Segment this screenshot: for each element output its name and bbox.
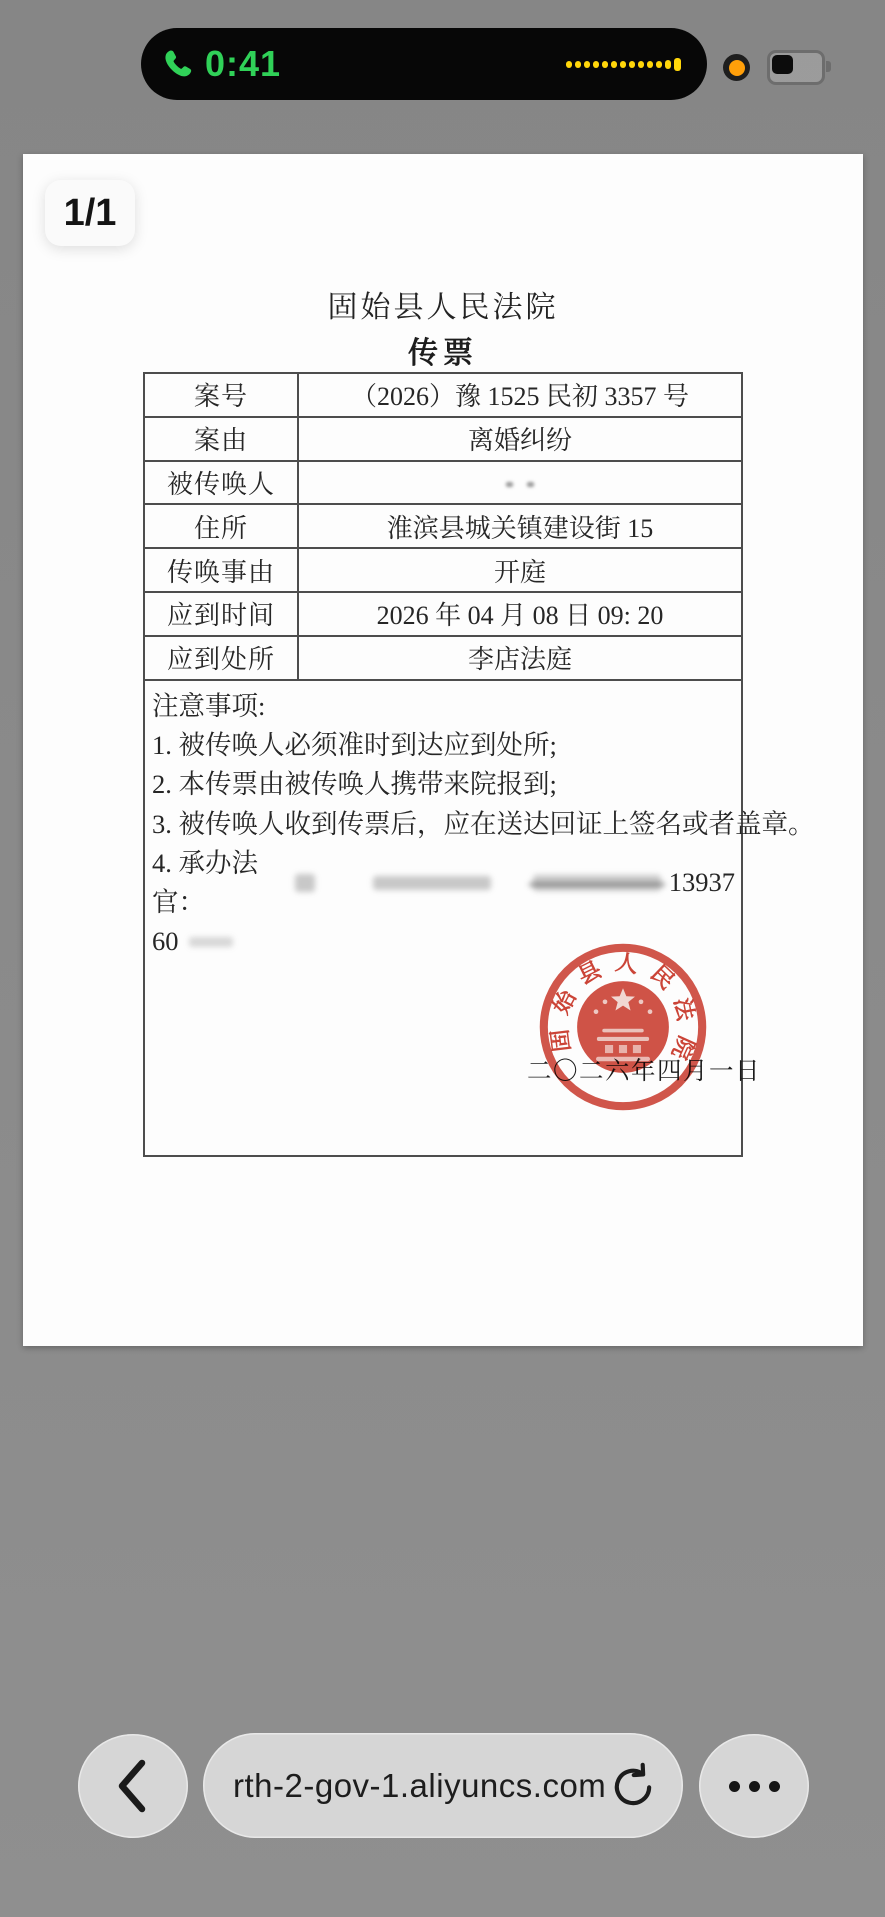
document-page[interactable]: 1/1 固始县人民法院 传票 案号 （2026）豫 1525 民初 3357 号… [23,154,863,1346]
table-row: 案由 离婚纠纷 [144,417,742,461]
table-row: 案号 （2026）豫 1525 民初 3357 号 [144,373,742,417]
row-label: 住所 [144,504,298,548]
table-row: 传唤事由 开庭 [144,548,742,592]
row-label: 应到处所 [144,636,298,680]
redaction-blur [295,874,315,892]
call-timer: 0:41 [205,43,281,85]
orange-dot-icon [723,54,750,81]
national-emblem [577,981,669,1073]
court-seal-stamp: 固始县人民法院 [533,937,713,1117]
table-row: 住所 淮滨县城关镇建设街 15 [144,504,742,548]
row-label: 被传唤人 [144,461,298,505]
row-label: 传唤事由 [144,548,298,592]
reload-icon[interactable] [609,1762,657,1810]
call-status-pill[interactable]: 0:41 [141,28,707,100]
note-item: 2. 本传票由被传唤人携带来院报到; [152,765,735,804]
court-name-title: 固始县人民法院 [23,282,863,326]
row-label: 应到时间 [144,592,298,636]
row-value: （2026）豫 1525 民初 3357 号 [298,373,742,417]
note-item: 3. 被传唤人收到传票后，应在送达回证上签名或者盖章。 [152,805,735,844]
screen: 0:41 1/1 固始县人民法院 传票 案号 （2026）豫 1525 民初 3… [0,0,885,1917]
redaction-blur [189,937,233,947]
phone-fragment: 60 [152,922,179,961]
judge-line-prefix: 4. 承办法官： [152,844,291,922]
row-label: 案由 [144,417,298,461]
more-button[interactable] [699,1734,809,1838]
note-item: 1. 被传唤人必须准时到达应到处所; [152,726,735,765]
chevron-left-icon [112,1757,154,1815]
back-button[interactable] [78,1734,188,1838]
ellipsis-icon [729,1781,780,1792]
document-type-title: 传票 [23,328,863,372]
table-row: 应到处所 李店法庭 [144,636,742,680]
page-indicator-badge: 1/1 [45,180,135,246]
table-row: 应到时间 2026 年 04 月 08 日 09: 20 [144,592,742,636]
url-text: rth-2-gov-1.aliyuncs.com [233,1767,605,1805]
row-label: 案号 [144,373,298,417]
row-value: 开庭 [298,548,742,592]
row-value: 2026 年 04 月 08 日 09: 20 [298,592,742,636]
table-row: 被传唤人 [144,461,742,505]
redaction-blur [373,876,491,890]
notes-title: 注意事项: [152,687,735,726]
phone-icon [163,48,195,80]
row-value: 李店法庭 [298,636,742,680]
battery-icon [767,50,825,85]
url-bar[interactable]: rth-2-gov-1.aliyuncs.com [203,1733,683,1838]
judge-phone-fragment: 13937 [669,863,735,902]
row-value-redacted [298,461,742,505]
row-value: 淮滨县城关镇建设街 15 [298,504,742,548]
voice-activity-dots [566,28,681,100]
judge-line: 4. 承办法官： 13937 [152,844,735,922]
summons-table: 案号 （2026）豫 1525 民初 3357 号 案由 离婚纠纷 被传唤人 住… [143,372,743,681]
redaction-blur [533,875,661,891]
row-value: 离婚纠纷 [298,417,742,461]
